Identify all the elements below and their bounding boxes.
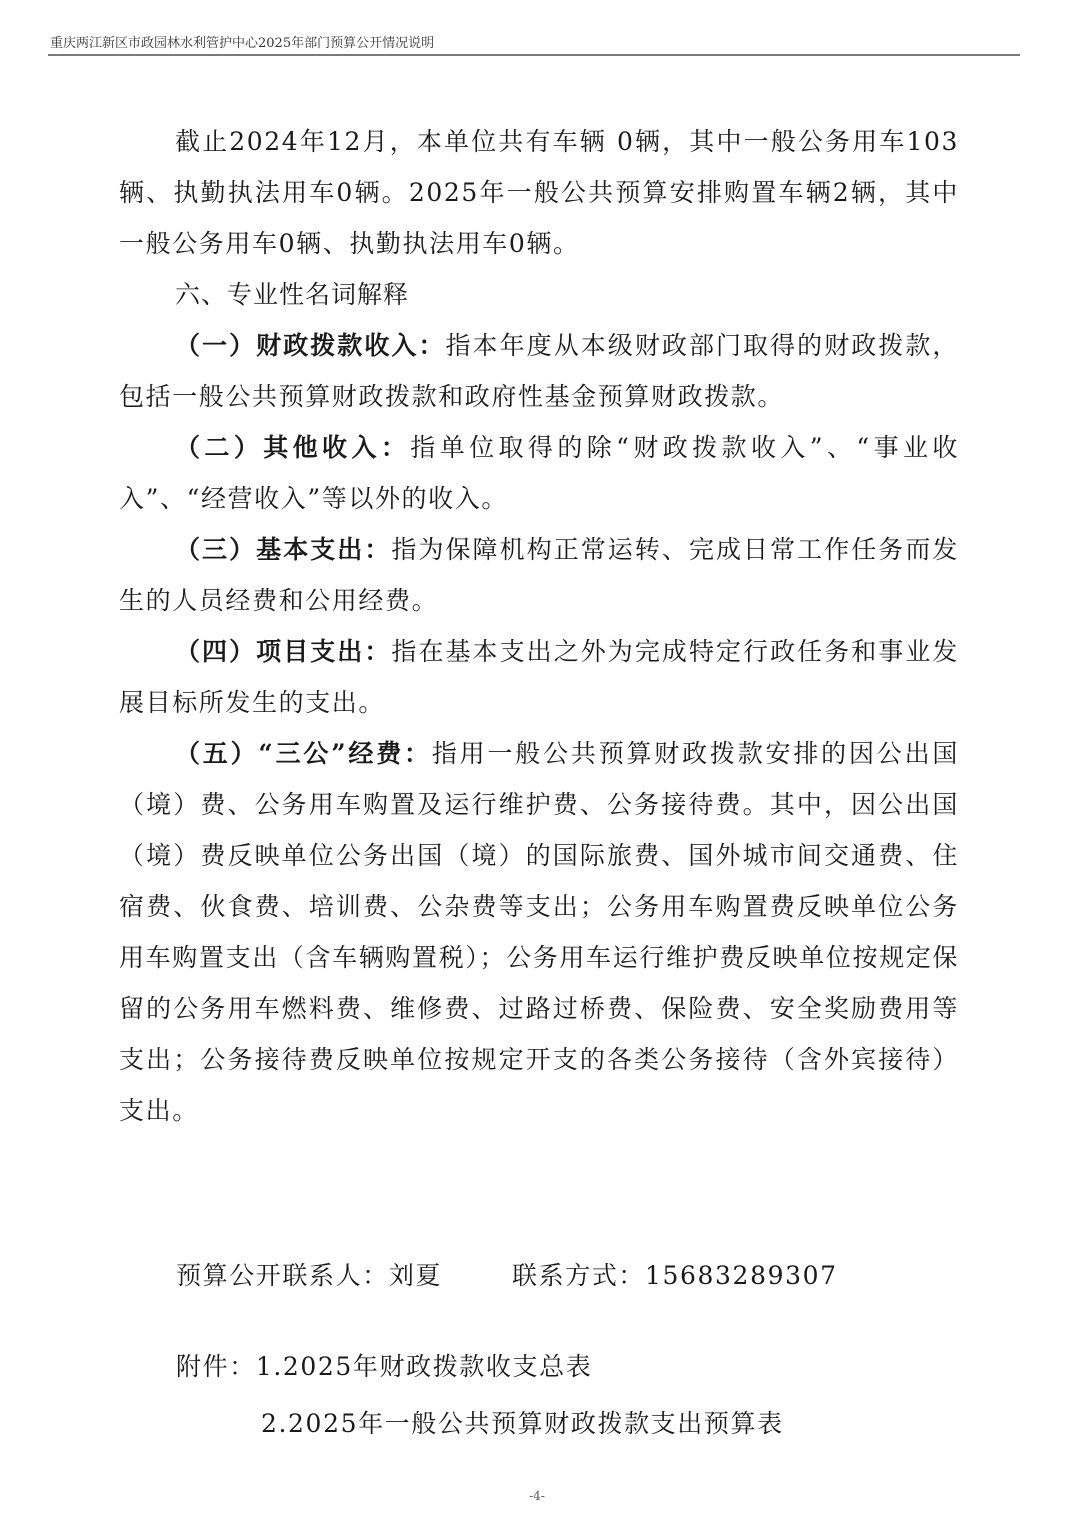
glossary-term: （四）项目支出： [175, 637, 391, 666]
attachment-line-2: 2.2025年一般公共预算财政拨款支出预算表 [261, 1404, 784, 1440]
glossary-item: （三）基本支出：指为保障机构正常运转、完成日常工作任务而发生的人员经费和公用经费… [119, 524, 959, 626]
glossary-term: （一）财政拨款收入： [175, 331, 446, 360]
contact-person-name: 刘夏 [389, 1261, 442, 1290]
glossary-item: （五）“三公”经费：指用一般公共预算财政拨款安排的因公出国（境）费、公务用车购置… [119, 728, 959, 1136]
attachments-label: 附件： [176, 1352, 256, 1381]
attachment-item: 2.2025年一般公共预算财政拨款支出预算表 [261, 1409, 784, 1438]
glossary-definition: 指用一般公共预算财政拨款安排的因公出国（境）费、公务用车购置及运行维护费、公务接… [119, 739, 959, 1125]
page-number: -4- [0, 1489, 1074, 1503]
document-title: 重庆两江新区市政园林水利管护中心2025年部门预算公开情况说明 [50, 32, 434, 51]
vehicles-paragraph: 截止2024年12月，本单位共有车辆 0辆，其中一般公务用车103辆、执勤执法用… [119, 116, 959, 269]
contact-phone-label: 联系方式： [512, 1261, 645, 1290]
contact-person-label: 预算公开联系人： [176, 1261, 389, 1290]
attachment-line-1: 附件：1.2025年财政拨款收支总表 [176, 1347, 592, 1383]
section-heading-glossary: 六、专业性名词解释 [119, 269, 959, 320]
glossary-term: （三）基本支出： [175, 535, 391, 564]
glossary-item: （一）财政拨款收入：指本年度从本级财政部门取得的财政拨款，包括一般公共预算财政拨… [119, 320, 959, 422]
glossary-item: （四）项目支出：指在基本支出之外为完成特定行政任务和事业发展目标所发生的支出。 [119, 626, 959, 728]
page-header: 重庆两江新区市政园林水利管护中心2025年部门预算公开情况说明 [48, 30, 1020, 56]
glossary-item: （二）其他收入：指单位取得的除“财政拨款收入”、“事业收入”、“经营收入”等以外… [119, 422, 959, 524]
document-body: 截止2024年12月，本单位共有车辆 0辆，其中一般公务用车103辆、执勤执法用… [119, 116, 959, 1136]
glossary-term: （五）“三公”经费： [175, 739, 432, 768]
contact-phone-number: 15683289307 [645, 1261, 838, 1290]
glossary-term: （二）其他收入： [175, 433, 410, 462]
attachment-item: 1.2025年财政拨款收支总表 [256, 1352, 592, 1381]
contact-line: 预算公开联系人：刘夏联系方式：15683289307 [176, 1256, 838, 1292]
